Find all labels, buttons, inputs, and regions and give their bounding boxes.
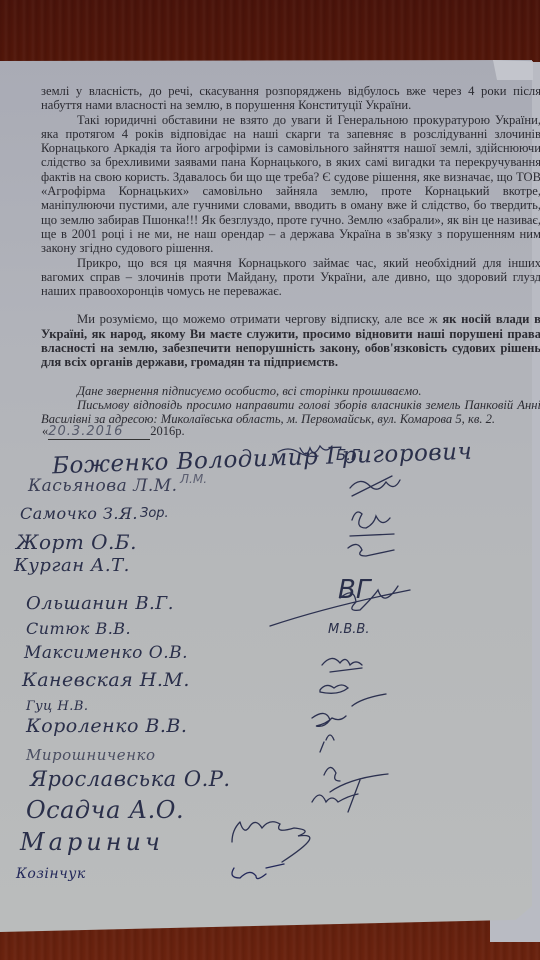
handwritten-signatures xyxy=(0,0,540,960)
signature-stroke xyxy=(278,446,332,457)
